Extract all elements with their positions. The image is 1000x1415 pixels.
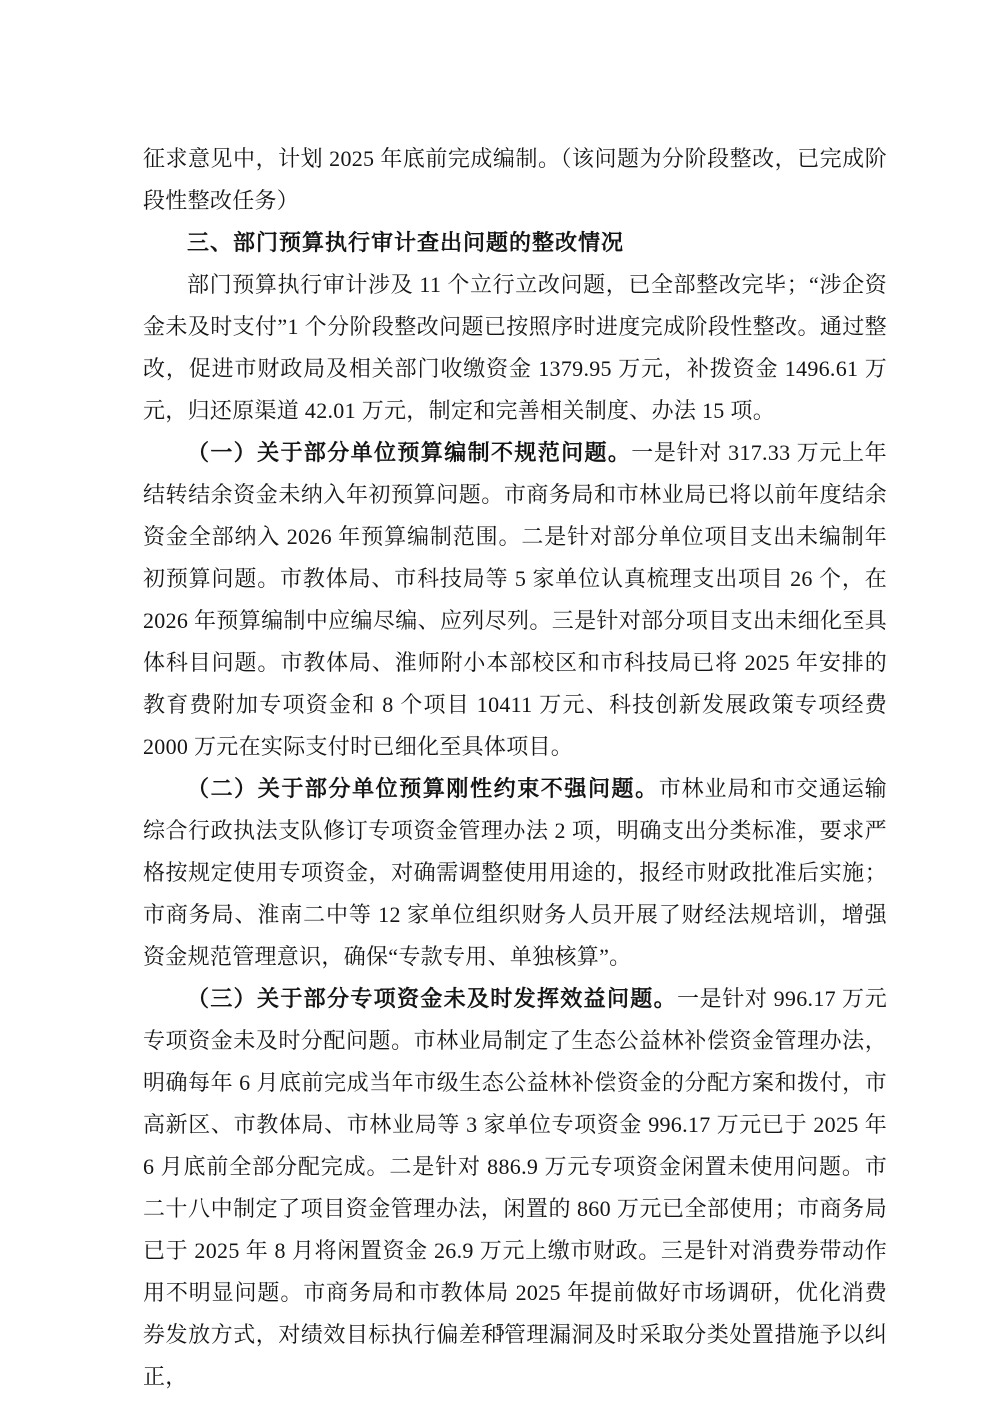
item-2-lead: （二）关于部分单位预算刚性约束不强问题。 <box>187 776 659 801</box>
paragraph-item-2: （二）关于部分单位预算刚性约束不强问题。市林业局和市交通运输综合行政执法支队修订… <box>143 768 887 978</box>
paragraph-continuation: 征求意见中，计划 2025 年底前完成编制。（该问题为分阶段整改，已完成阶段性整… <box>143 138 887 222</box>
paragraph-item-1: （一）关于部分单位预算编制不规范问题。一是针对 317.33 万元上年结转结余资… <box>143 432 887 768</box>
document-body: 征求意见中，计划 2025 年底前完成编制。（该问题为分阶段整改，已完成阶段性整… <box>143 138 887 1398</box>
item-2-body: 市林业局和市交通运输综合行政执法支队修订专项资金管理办法 2 项，明确支出分类标… <box>143 776 887 969</box>
paragraph-summary: 部门预算执行审计涉及 11 个立行立改问题，已全部整改完毕；“涉企资金未及时支付… <box>143 264 887 432</box>
item-3-lead: （三）关于部分专项资金未及时发挥效益问题。 <box>187 986 677 1011</box>
page-footer: 5 <box>0 1316 1000 1344</box>
page-number: 5 <box>496 1320 505 1340</box>
section-heading: 三、部门预算执行审计查出问题的整改情况 <box>143 222 887 264</box>
item-1-lead: （一）关于部分单位预算编制不规范问题。 <box>187 440 631 465</box>
document-page: 征求意见中，计划 2025 年底前完成编制。（该问题为分阶段整改，已完成阶段性整… <box>0 0 1000 1415</box>
item-1-body: 一是针对 317.33 万元上年结转结余资金未纳入年初预算问题。市商务局和市林业… <box>143 440 887 759</box>
